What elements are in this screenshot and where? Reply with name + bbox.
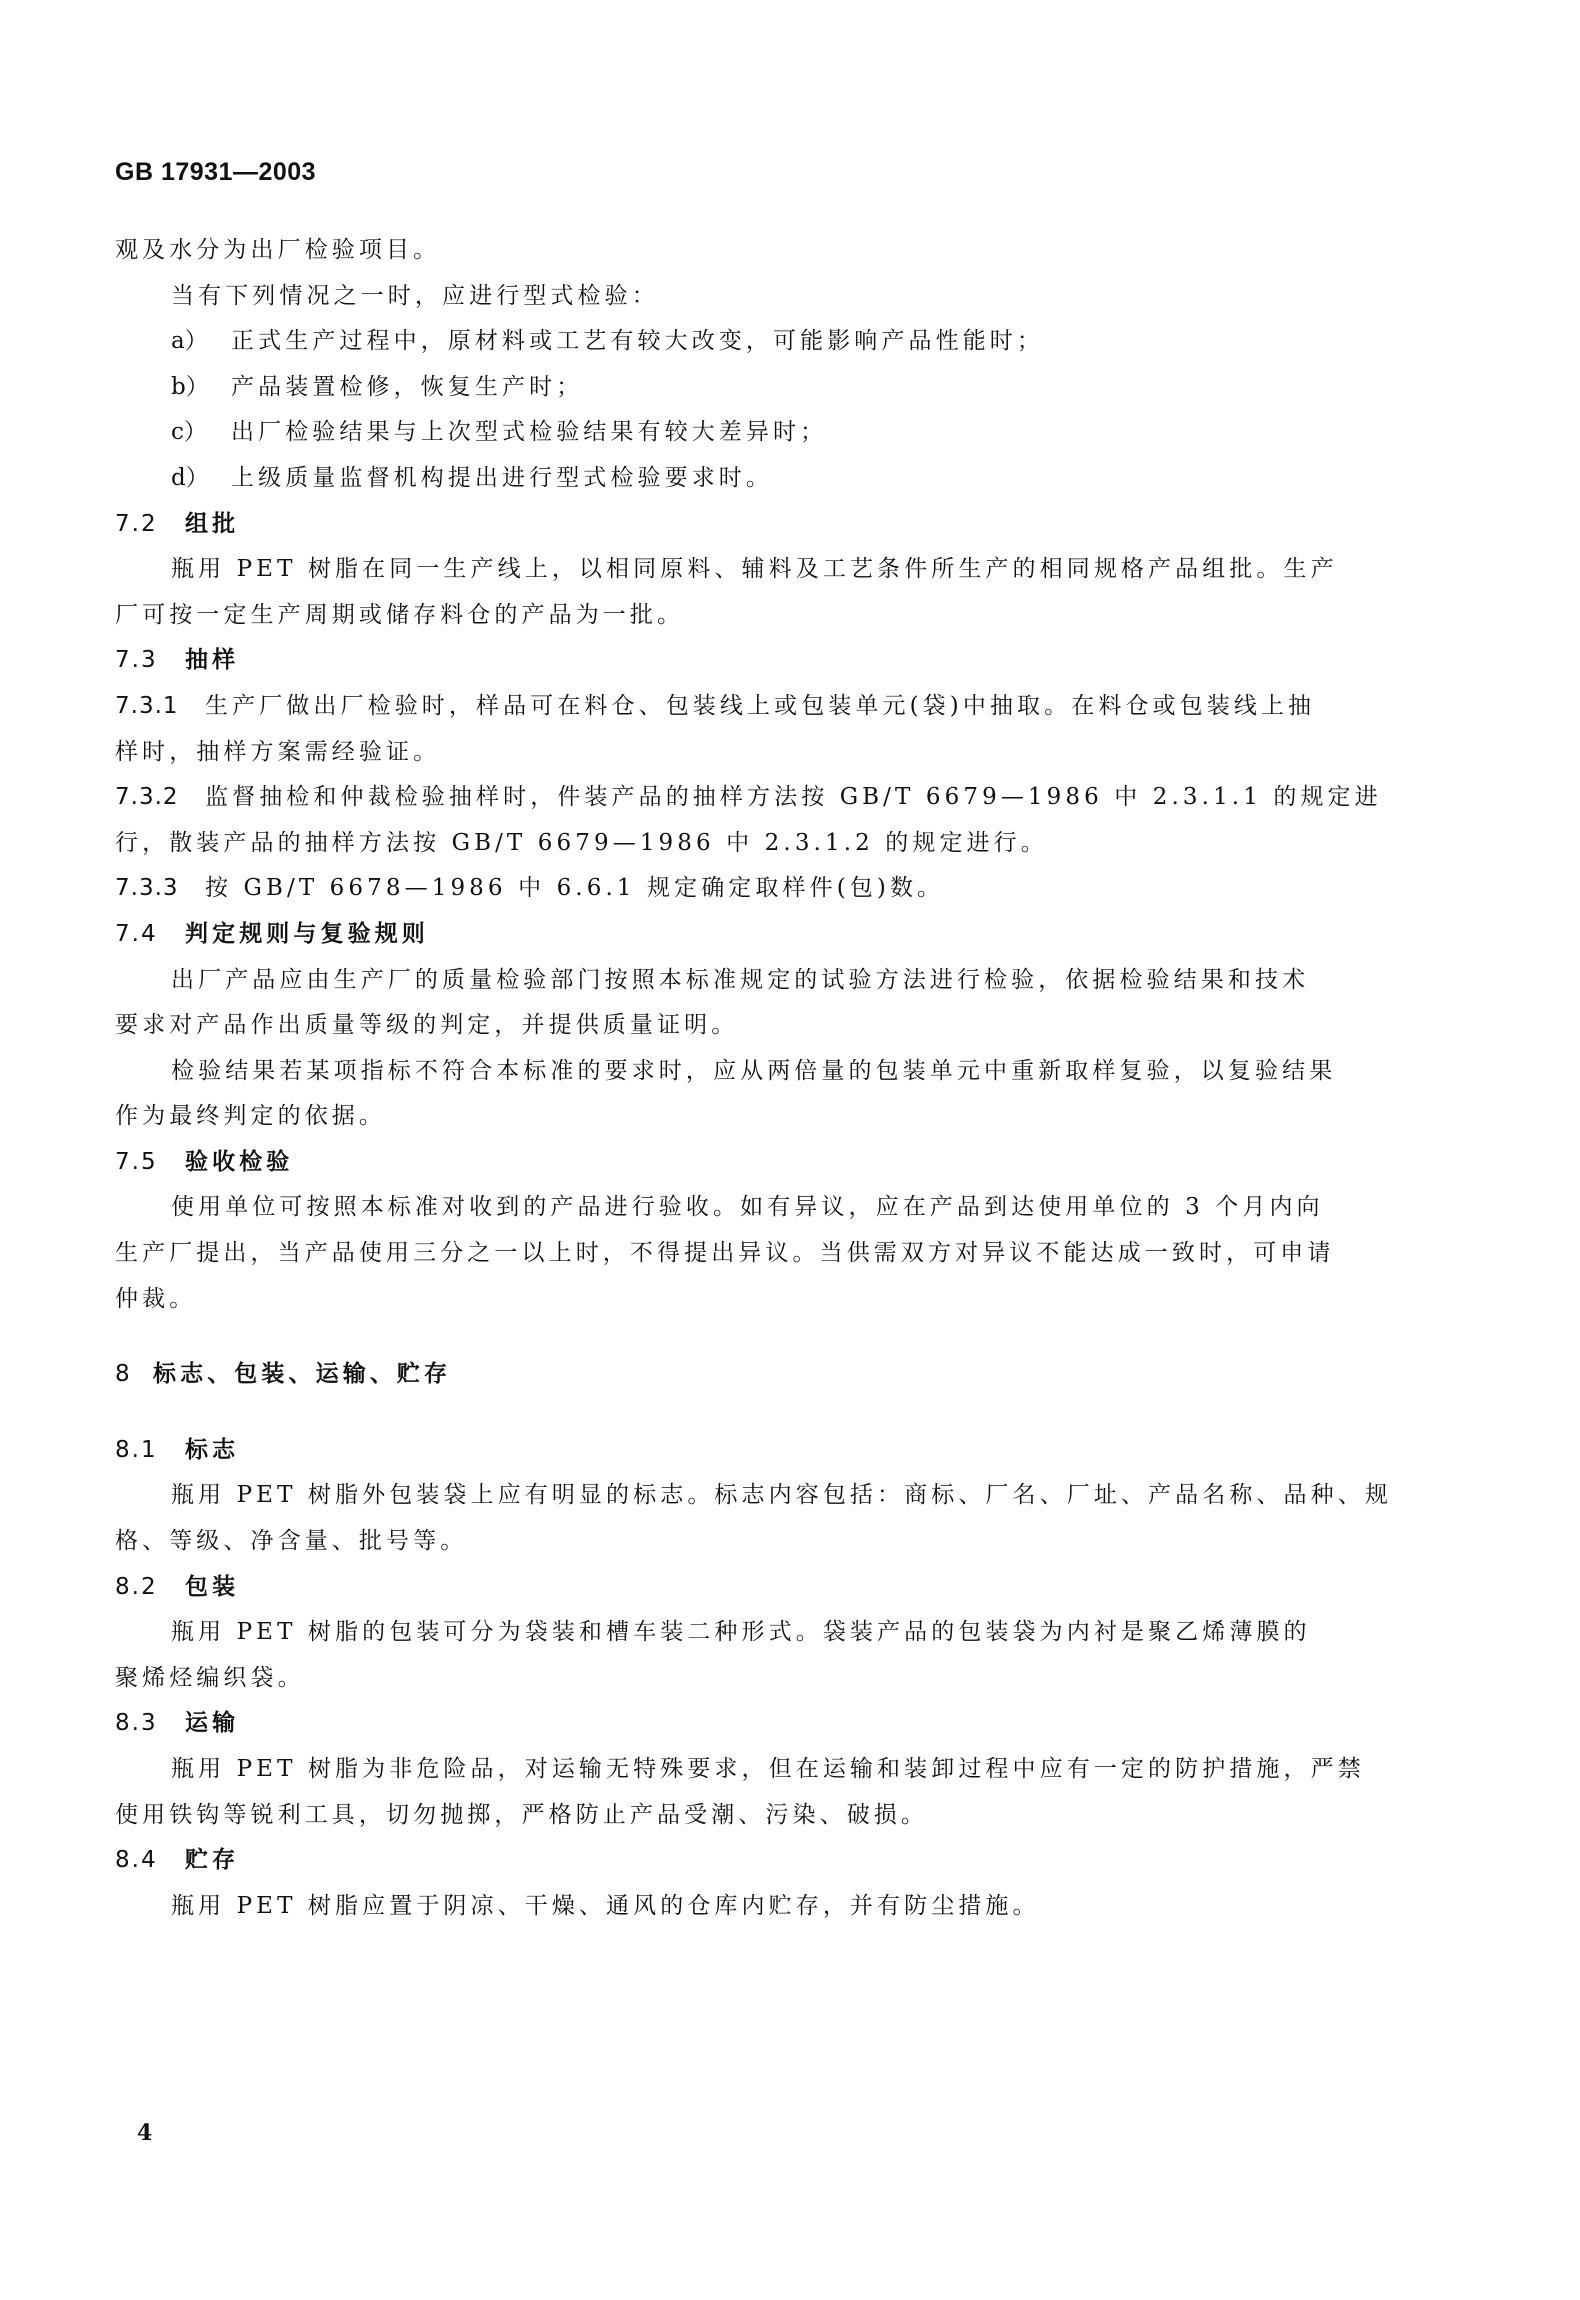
section-title: 组批 bbox=[185, 511, 239, 537]
subsection-number: 7.3.2 bbox=[115, 775, 205, 821]
list-item: c）出厂检验结果与上次型式检验结果有较大差异时； bbox=[115, 410, 1400, 456]
spacer bbox=[115, 1398, 1400, 1428]
paragraph-line: 使用铁钩等锐利工具，切勿抛掷，严格防止产品受潮、污染、破损。 bbox=[115, 1793, 1400, 1839]
paragraph-line: 出厂产品应由生产厂的质量检验部门按照本标准规定的试验方法进行检验，依据检验结果和… bbox=[115, 958, 1400, 1004]
paragraph-line: 仲裁。 bbox=[115, 1277, 1400, 1323]
section-number: 7.3 bbox=[115, 638, 185, 684]
list-item-label: a） bbox=[171, 319, 231, 365]
subsection-7-3-2: 7.3.2监督抽检和仲裁检验抽样时，件装产品的抽样方法按 GB/T 6679—1… bbox=[115, 775, 1400, 821]
list-item: a）正式生产过程中，原材料或工艺有较大改变，可能影响产品性能时； bbox=[115, 319, 1400, 365]
paragraph-line: 格、等级、净含量、批号等。 bbox=[115, 1519, 1400, 1565]
list-item-label: d） bbox=[171, 456, 231, 502]
section-number: 8.3 bbox=[115, 1701, 185, 1747]
chapter-heading-8: 8标志、包装、运输、贮存 bbox=[115, 1352, 1400, 1398]
paragraph-line: 当有下列情况之一时，应进行型式检验： bbox=[115, 274, 1400, 320]
section-heading-7-4: 7.4判定规则与复验规则 bbox=[115, 912, 1400, 958]
paragraph-line: 生产厂提出，当产品使用三分之一以上时，不得提出异议。当供需双方对异议不能达成一致… bbox=[115, 1231, 1400, 1277]
section-number: 7.5 bbox=[115, 1140, 185, 1186]
section-number: 8.1 bbox=[115, 1428, 185, 1474]
subsection-text: 按 GB/T 6678—1986 中 6.6.1 规定确定取样件(包)数。 bbox=[205, 875, 944, 901]
subsection-7-3-1: 7.3.1生产厂做出厂检验时，样品可在料仓、包装线上或包装单元(袋)中抽取。在料… bbox=[115, 684, 1400, 730]
section-heading-7-3: 7.3抽样 bbox=[115, 638, 1400, 684]
paragraph-line: 瓶用 PET 树脂外包装袋上应有明显的标志。标志内容包括：商标、厂名、厂址、产品… bbox=[115, 1473, 1400, 1519]
paragraph-line: 使用单位可按照本标准对收到的产品进行验收。如有异议，应在产品到达使用单位的 3 … bbox=[115, 1185, 1400, 1231]
paragraph-line: 要求对产品作出质量等级的判定，并提供质量证明。 bbox=[115, 1003, 1400, 1049]
paragraph-line: 作为最终判定的依据。 bbox=[115, 1094, 1400, 1140]
list-item: b）产品装置检修，恢复生产时； bbox=[115, 365, 1400, 411]
section-title: 包装 bbox=[185, 1574, 239, 1600]
subsection-number: 7.3.3 bbox=[115, 866, 205, 912]
paragraph-line: 瓶用 PET 树脂的包装可分为袋装和槽车装二种形式。袋装产品的包装袋为内衬是聚乙… bbox=[115, 1610, 1400, 1656]
subsection-7-3-3: 7.3.3按 GB/T 6678—1986 中 6.6.1 规定确定取样件(包)… bbox=[115, 866, 1400, 912]
paragraph-line: 瓶用 PET 树脂应置于阴凉、干燥、通风的仓库内贮存，并有防尘措施。 bbox=[115, 1884, 1400, 1930]
subsection-text: 监督抽检和仲裁检验抽样时，件装产品的抽样方法按 GB/T 6679—1986 中… bbox=[205, 784, 1382, 810]
list-item-text: 出厂检验结果与上次型式检验结果有较大差异时； bbox=[231, 419, 827, 445]
document-body: 观及水分为出厂检验项目。 当有下列情况之一时，应进行型式检验： a）正式生产过程… bbox=[115, 228, 1400, 1929]
paragraph-line: 检验结果若某项指标不符合本标准的要求时，应从两倍量的包装单元中重新取样复验，以复… bbox=[115, 1049, 1400, 1095]
paragraph-line: 行，散装产品的抽样方法按 GB/T 6679—1986 中 2.3.1.2 的规… bbox=[115, 821, 1400, 867]
spacer bbox=[115, 1322, 1400, 1352]
list-item-text: 正式生产过程中，原材料或工艺有较大改变，可能影响产品性能时； bbox=[231, 328, 1044, 354]
chapter-number: 8 bbox=[115, 1352, 153, 1398]
standard-header: GB 17931—2003 bbox=[115, 158, 316, 187]
document-page: GB 17931—2003 观及水分为出厂检验项目。 当有下列情况之一时，应进行… bbox=[0, 0, 1580, 2300]
section-number: 8.2 bbox=[115, 1565, 185, 1611]
list-item-label: b） bbox=[171, 365, 231, 411]
paragraph-line: 聚烯烃编织袋。 bbox=[115, 1656, 1400, 1702]
subsection-text: 生产厂做出厂检验时，样品可在料仓、包装线上或包装单元(袋)中抽取。在料仓或包装线… bbox=[205, 693, 1315, 719]
chapter-title: 标志、包装、运输、贮存 bbox=[153, 1361, 451, 1387]
section-number: 7.4 bbox=[115, 912, 185, 958]
list-item-text: 产品装置检修，恢复生产时； bbox=[231, 374, 583, 400]
section-title: 运输 bbox=[185, 1710, 239, 1736]
section-title: 验收检验 bbox=[185, 1149, 293, 1175]
section-title: 判定规则与复验规则 bbox=[185, 921, 429, 947]
section-heading-8-3: 8.3运输 bbox=[115, 1701, 1400, 1747]
list-item-label: c） bbox=[171, 410, 231, 456]
section-title: 标志 bbox=[185, 1437, 239, 1463]
page-number: 4 bbox=[137, 2120, 152, 2146]
section-heading-7-2: 7.2组批 bbox=[115, 502, 1400, 548]
list-item-text: 上级质量监督机构提出进行型式检验要求时。 bbox=[231, 465, 773, 491]
section-title: 贮存 bbox=[185, 1847, 239, 1873]
section-heading-8-4: 8.4贮存 bbox=[115, 1838, 1400, 1884]
section-number: 7.2 bbox=[115, 502, 185, 548]
paragraph-line: 样时，抽样方案需经验证。 bbox=[115, 730, 1400, 776]
paragraph-line: 观及水分为出厂检验项目。 bbox=[115, 228, 1400, 274]
section-heading-7-5: 7.5验收检验 bbox=[115, 1140, 1400, 1186]
paragraph-line: 瓶用 PET 树脂为非危险品，对运输无特殊要求，但在运输和装卸过程中应有一定的防… bbox=[115, 1747, 1400, 1793]
paragraph-line: 厂可按一定生产周期或储存料仓的产品为一批。 bbox=[115, 593, 1400, 639]
section-heading-8-2: 8.2包装 bbox=[115, 1565, 1400, 1611]
list-item: d）上级质量监督机构提出进行型式检验要求时。 bbox=[115, 456, 1400, 502]
paragraph-line: 瓶用 PET 树脂在同一生产线上，以相同原料、辅料及工艺条件所生产的相同规格产品… bbox=[115, 547, 1400, 593]
subsection-number: 7.3.1 bbox=[115, 684, 205, 730]
section-heading-8-1: 8.1标志 bbox=[115, 1428, 1400, 1474]
section-number: 8.4 bbox=[115, 1838, 185, 1884]
section-title: 抽样 bbox=[185, 647, 239, 673]
